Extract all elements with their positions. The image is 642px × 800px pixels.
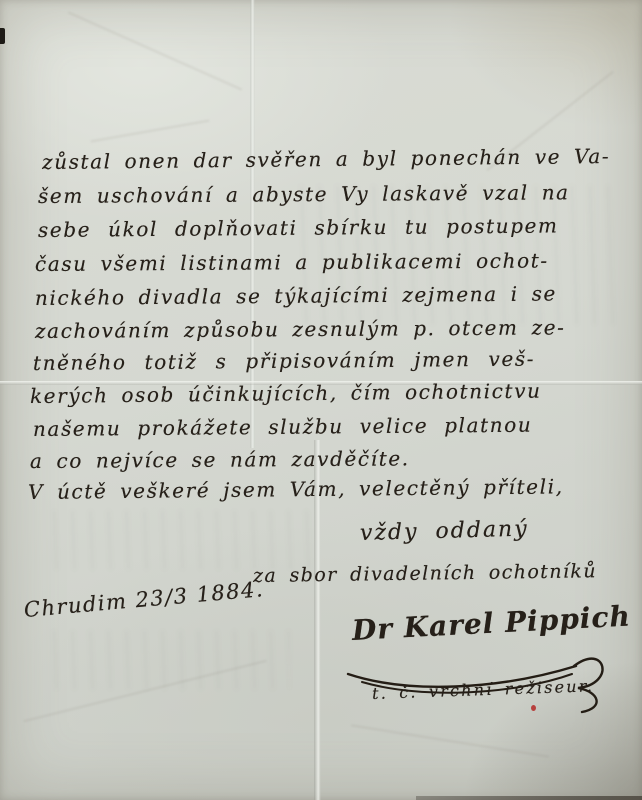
handwriting-line-1: zůstal onen dar svěřen a byl ponechán ve… <box>42 144 610 174</box>
paper-crease <box>351 724 549 757</box>
handwriting-line-2: šem uschování a abyste Vy laskavě vzal n… <box>38 180 570 208</box>
scan-edge-mark <box>0 28 5 44</box>
handwriting-line-10: a co nejvíce se nám zavděčíte. <box>30 446 410 473</box>
ink-showthrough <box>40 510 320 570</box>
paper-crease <box>23 660 266 722</box>
ink-showthrough <box>40 630 290 690</box>
handwriting-line-3: sebe úkol doplňovati sbírku tu postupem <box>38 213 559 242</box>
valediction: vždy oddaný <box>360 517 529 546</box>
handwriting-line-6: zachováním způsobu zesnulým p. otcem ze- <box>35 315 566 343</box>
handwriting-line-7: tněného totiž s připisováním jmen veš- <box>33 347 535 375</box>
handwriting-line-8: kerých osob účinkujících, čím ochotnictv… <box>30 379 542 408</box>
paper-crease <box>91 120 210 143</box>
letter-page: zůstal onen dar svěřen a byl ponechán ve… <box>0 0 642 800</box>
handwriting-line-5: nického divadla se týkajícími zejmena i … <box>35 281 557 310</box>
handwriting-line-9: našemu prokážete službu velice platnou <box>33 413 533 441</box>
on-behalf-line: za sbor divadelních ochotníků <box>253 560 597 587</box>
scan-bottom-edge <box>416 796 642 800</box>
handwriting-line-4: času všemi listinami a publikacemi ochot… <box>35 248 549 276</box>
handwriting-line-11: V úctě veškeré jsem Vám, velectěný příte… <box>28 474 564 504</box>
paper-crease <box>68 11 242 90</box>
dateline: Chrudim 23/3 1884. <box>23 577 265 622</box>
